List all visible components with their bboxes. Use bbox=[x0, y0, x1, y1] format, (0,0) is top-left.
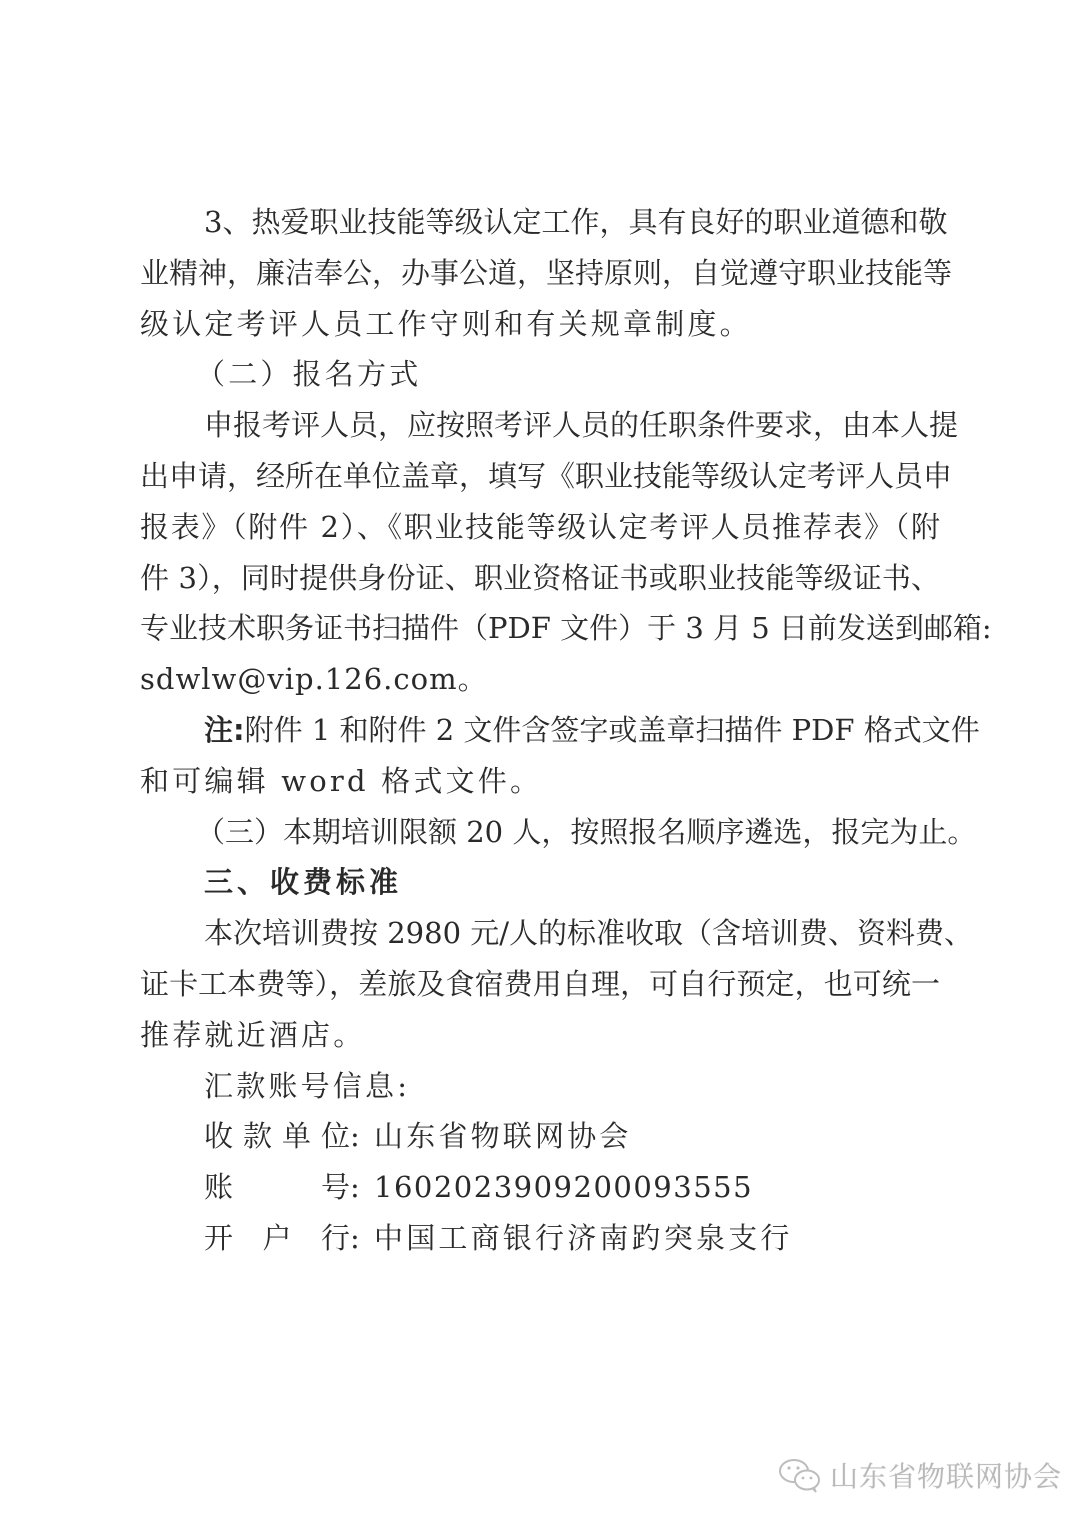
payee-label: 收款单位 bbox=[204, 1111, 350, 1162]
fees-line-3: 推荐就近酒店。 bbox=[140, 1010, 940, 1061]
item-3-line-3: 级认定考评人员工作守则和有关规章制度。 bbox=[140, 299, 940, 350]
colon: : bbox=[350, 1111, 374, 1162]
fees-line-2: 证卡工本费等），差旅及食宿费用自理，可自行预定，也可统一 bbox=[140, 959, 940, 1010]
payee-value: 山东省物联网协会 bbox=[374, 1111, 632, 1162]
registration-line-1: 申报考评人员，应按照考评人员的任职条件要求，由本人提 bbox=[140, 400, 940, 451]
document-page: 3、热爱职业技能等级认定工作，具有良好的职业道德和敬 业精神，廉洁奉公，办事公道… bbox=[140, 197, 940, 1264]
note-text: 附件 1 和附件 2 文件含签字或盖章扫描件 PDF 格式文件 bbox=[245, 713, 980, 747]
quota-line: （三）本期培训限额 20 人，按照报名顺序遴选，报完为止。 bbox=[140, 807, 940, 858]
note-line-1: 注:附件 1 和附件 2 文件含签字或盖章扫描件 PDF 格式文件 bbox=[140, 705, 940, 756]
item-3-line-2: 业精神，廉洁奉公，办事公道，坚持原则，自觉遵守职业技能等 bbox=[140, 248, 940, 299]
registration-line-2: 出申请，经所在单位盖章，填写《职业技能等级认定考评人员申 bbox=[140, 451, 940, 502]
remittance-title: 汇款账号信息: bbox=[140, 1061, 940, 1112]
account-label: 账号 bbox=[204, 1162, 350, 1213]
bank-label: 开户行 bbox=[204, 1213, 350, 1264]
remittance-row-account: 账号:1602023909200093555 bbox=[140, 1162, 940, 1213]
remittance-row-bank: 开户行:中国工商银行济南趵突泉支行 bbox=[140, 1213, 940, 1264]
note-line-2: 和可编辑 word 格式文件。 bbox=[140, 756, 940, 807]
registration-line-4: 件 3），同时提供身份证、职业资格证书或职业技能等级证书、 bbox=[140, 553, 940, 604]
fees-line-1: 本次培训费按 2980 元/人的标准收取（含培训费、资料费、 bbox=[140, 908, 940, 959]
wechat-icon bbox=[778, 1457, 822, 1493]
item-3-line-1: 3、热爱职业技能等级认定工作，具有良好的职业道德和敬 bbox=[140, 197, 940, 248]
remittance-row-payee: 收款单位:山东省物联网协会 bbox=[140, 1111, 940, 1162]
registration-line-5: 专业技术职务证书扫描件（PDF 文件）于 3 月 5 日前发送到邮箱: bbox=[140, 603, 940, 654]
colon: : bbox=[350, 1162, 374, 1213]
colon: : bbox=[350, 1213, 374, 1264]
bank-value: 中国工商银行济南趵突泉支行 bbox=[374, 1213, 793, 1264]
registration-line-3: 报表》（附件 2）、《职业技能等级认定考评人员推荐表》（附 bbox=[140, 502, 940, 553]
wechat-watermark: 山东省物联网协会 bbox=[778, 1455, 1062, 1495]
registration-heading: （二）报名方式 bbox=[140, 349, 940, 400]
fees-heading: 三、收费标准 bbox=[140, 857, 940, 908]
account-value: 1602023909200093555 bbox=[374, 1162, 753, 1213]
watermark-text: 山东省物联网协会 bbox=[830, 1455, 1062, 1495]
note-label: 注: bbox=[204, 713, 245, 747]
registration-email: sdwlw@vip.126.com。 bbox=[140, 654, 940, 705]
